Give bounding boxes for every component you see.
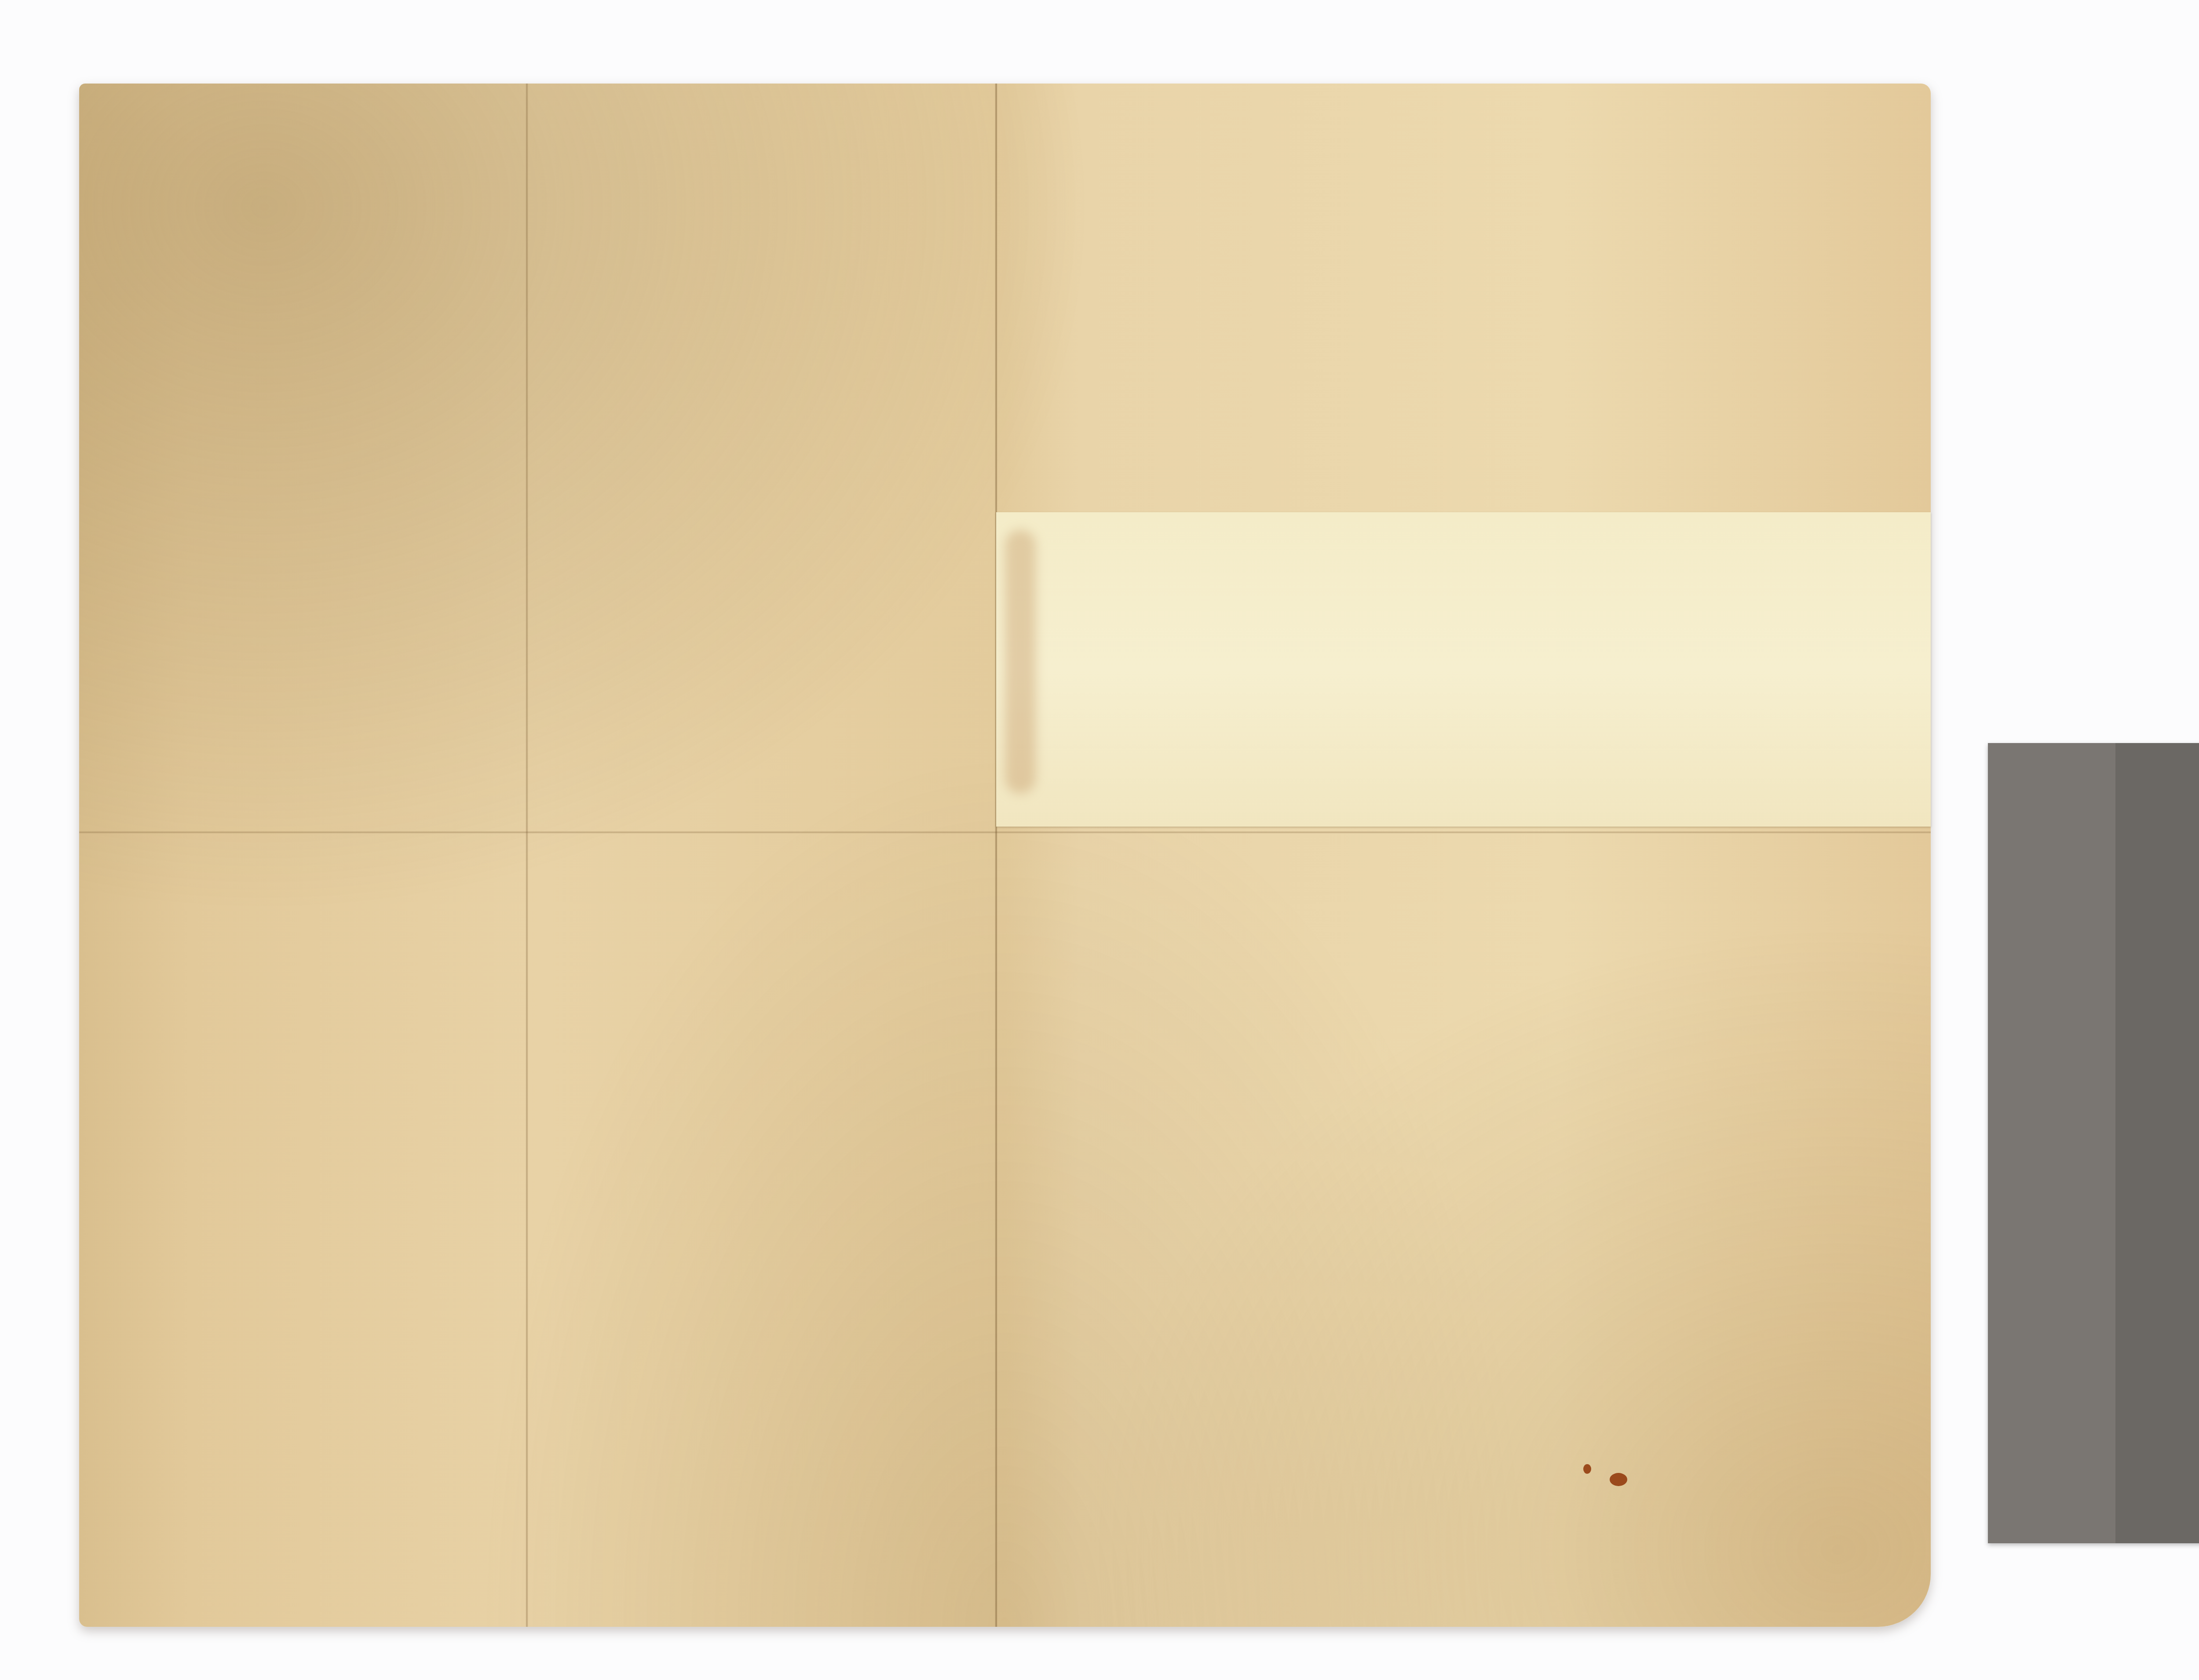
left-page-main-column (550, 145, 1047, 1156)
left-page-column-fold (526, 84, 528, 1627)
foxing-spot (1610, 1473, 1627, 1486)
foxing-spot (1583, 1464, 1591, 1474)
kodak-color-checker (1988, 743, 2199, 1543)
checker-label-strip (2115, 743, 2199, 1543)
scan-stage (0, 0, 2199, 1680)
manuscript-bifolium (79, 84, 1931, 1627)
pasted-slip (996, 512, 1931, 827)
glue-stain (1005, 530, 1036, 794)
